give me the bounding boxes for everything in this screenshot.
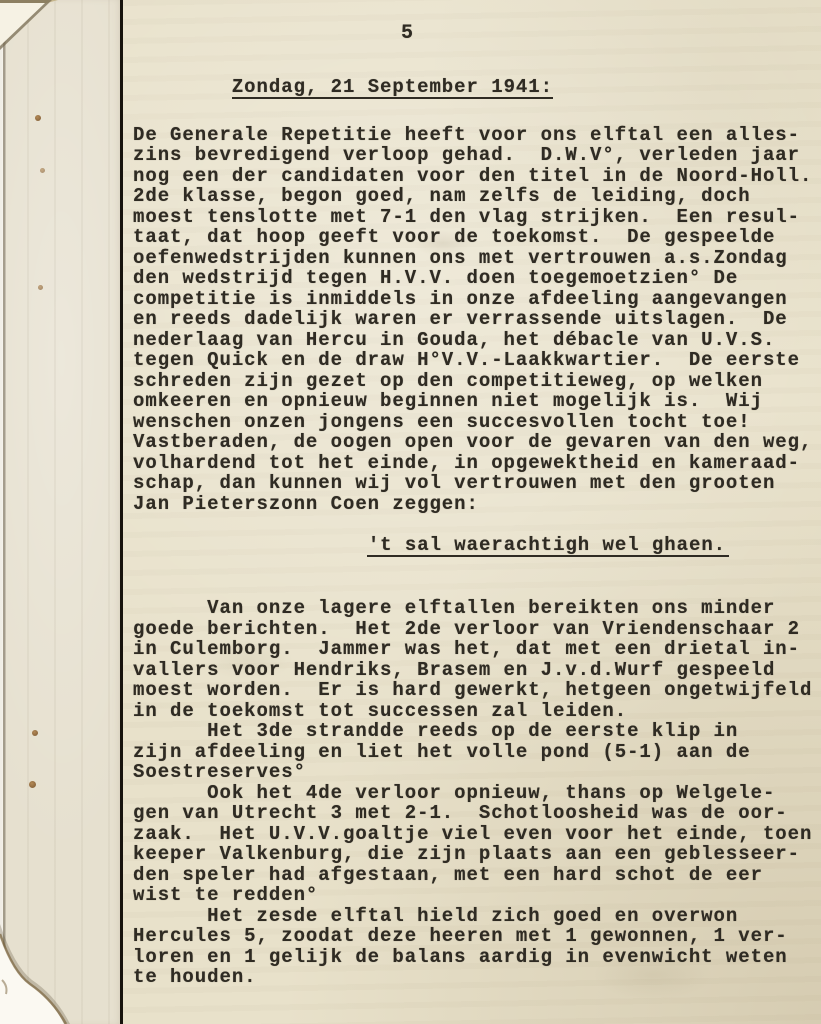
blank-line (133, 578, 819, 599)
text-line: te houden. (133, 967, 819, 988)
paragraph-2: Van onze lagere elftallen bereikten ons … (133, 598, 819, 721)
text-line: volhardend tot het einde, in opgewekthei… (133, 453, 819, 474)
text-line: Het 3de strandde reeds op de eerste klip… (133, 721, 819, 742)
text-line: goede berichten. Het 2de verloor van Vri… (133, 619, 819, 640)
text-line: De Generale Repetitie heeft voor ons elf… (133, 125, 819, 146)
text-line: Van onze lagere elftallen bereikten ons … (133, 598, 819, 619)
quote-line: 't sal waerachtigh wel ghaen. (268, 514, 819, 578)
text-line: den speler had afgestaan, met een hard s… (133, 865, 819, 886)
typewritten-page: 5 Zondag, 21 September 1941: De Generale… (123, 0, 821, 1024)
rust-spot (35, 115, 41, 121)
paragraph-1: De Generale Repetitie heeft voor ons elf… (133, 125, 819, 515)
rust-spot (40, 168, 45, 173)
rust-spot (29, 781, 36, 788)
paragraph-3: Het 3de strandde reeds op de eerste klip… (133, 721, 819, 783)
text-line: wenschen onzen jongens een succesvollen … (133, 412, 819, 433)
text-line: wist te redden° (133, 885, 819, 906)
text-line: zaak. Het U.V.V.goaltje viel even voor h… (133, 824, 819, 845)
dogear-fold-icon (0, 3, 45, 46)
text-line: Soestreserves° (133, 762, 819, 783)
quote-text: 't sal waerachtigh wel ghaen. (367, 535, 729, 558)
page-number: 5 (401, 22, 414, 45)
text-line: nederlaag van Hercu in Gouda, het débacl… (133, 330, 819, 351)
text-line: Vastberaden, de oogen open voor de gevar… (133, 432, 819, 453)
text-line: moest worden. Er is hard gewerkt, hetgee… (133, 680, 819, 701)
paragraph-5: Het zesde elftal hield zich goed en over… (133, 906, 819, 988)
paragraph-4: Ook het 4de verloor opnieuw, thans op We… (133, 783, 819, 906)
rust-spot (38, 285, 43, 290)
text-line: 2de klasse, begon goed, nam zelfs de lei… (133, 186, 819, 207)
underlying-page-edge (0, 0, 123, 1024)
text-line: schreden zijn gezet op den competitieweg… (133, 371, 819, 392)
date-heading: Zondag, 21 September 1941: (133, 56, 819, 120)
text-line: Hercules 5, zoodat deze heeren met 1 gew… (133, 926, 819, 947)
text-line: in de toekomst tot successen zal leiden. (133, 701, 819, 722)
text-line: Jan Pieterszonn Coen zeggen: (133, 494, 819, 515)
text-line: omkeeren en opnieuw beginnen niet mogeli… (133, 391, 819, 412)
text-line: gen van Utrecht 3 met 2-1. Schotloosheid… (133, 803, 819, 824)
text-line: taat, dat hoop geeft voor de toekomst. D… (133, 227, 819, 248)
page-curl (0, 884, 130, 1024)
text-line: nog een der candidaten voor den titel in… (133, 166, 819, 187)
text-line: moest tenslotte met 7-1 den vlag strijke… (133, 207, 819, 228)
text-line: zins bevredigend verloop gehad. D.W.V°, … (133, 145, 819, 166)
text-line: zijn afdeeling en liet het volle pond (5… (133, 742, 819, 763)
text-line: Ook het 4de verloor opnieuw, thans op We… (133, 783, 819, 804)
scanned-page-photo: 5 Zondag, 21 September 1941: De Generale… (0, 0, 821, 1024)
text-line: loren en 1 gelijk de balans aardig in ev… (133, 947, 819, 968)
text-line: keeper Valkenburg, die zijn plaats aan e… (133, 844, 819, 865)
text-line: den wedstrijd tegen H.V.V. doen toegemoe… (133, 268, 819, 289)
text-line: en reeds dadelijk waren er verrassende u… (133, 309, 819, 330)
page-text: Zondag, 21 September 1941: De Generale R… (133, 56, 819, 988)
text-line: tegen Quick en de draw H°V.V.-Laakkwarti… (133, 350, 819, 371)
text-line: vallers voor Hendriks, Brasem en J.v.d.W… (133, 660, 819, 681)
date-heading-text: Zondag, 21 September 1941: (232, 77, 553, 100)
text-line: in Culemborg. Jammer was het, dat met ee… (133, 639, 819, 660)
rust-spot (32, 730, 38, 736)
text-line: competitie is inmiddels in onze afdeelin… (133, 289, 819, 310)
text-line: Het zesde elftal hield zich goed en over… (133, 906, 819, 927)
text-line: schap, dan kunnen wij vol vertrouwen met… (133, 473, 819, 494)
text-line: oefenwedstrijden kunnen ons met vertrouw… (133, 248, 819, 269)
